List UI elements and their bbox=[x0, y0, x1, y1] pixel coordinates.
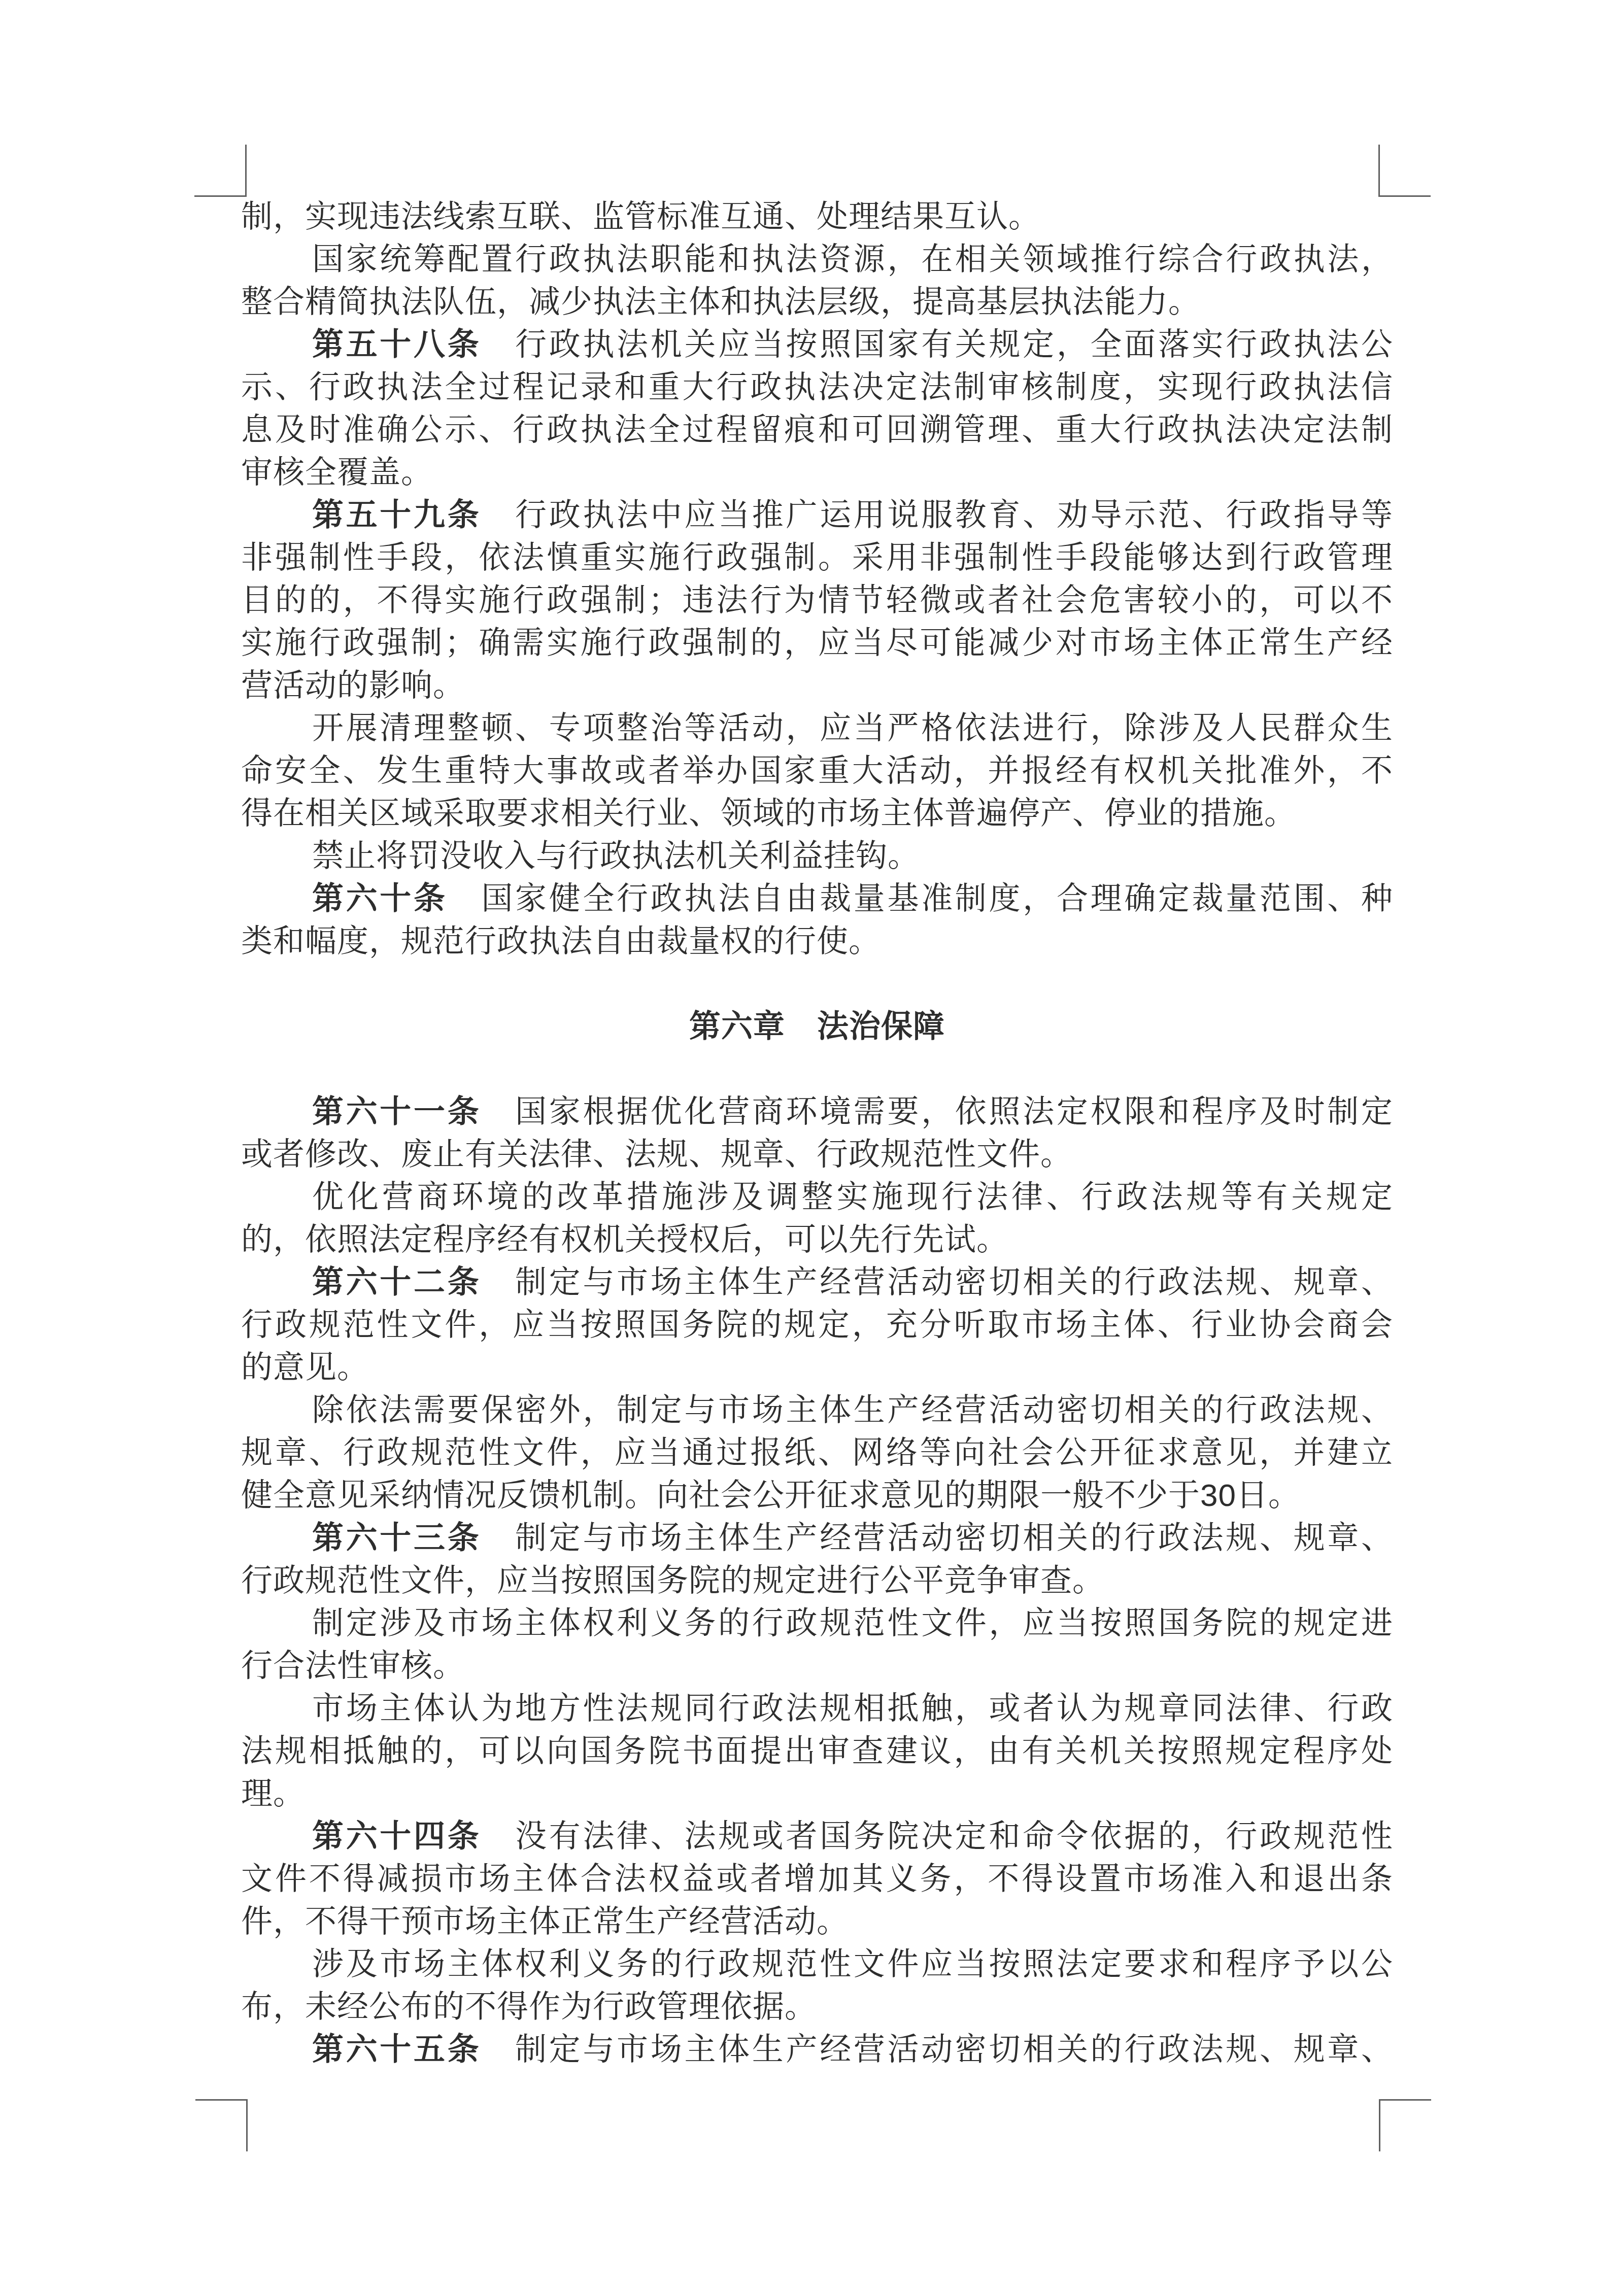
text-line: 行合法性审核。 bbox=[241, 1645, 1393, 1688]
text-line: 息及时准确公示、行政执法全过程留痕和可回溯管理、重大行政执法决定法制 bbox=[241, 409, 1393, 452]
text-line: 的，依照法定程序经有权机关授权后，可以先行先试。 bbox=[241, 1219, 1393, 1261]
crop-mark-top-right bbox=[1378, 145, 1431, 197]
text-column: 制，实现违法线索互联、监管标准互通、处理结果互认。国家统筹配置行政执法职能和执法… bbox=[241, 196, 1393, 2071]
text-line: 禁止将罚没收入与行政执法机关利益挂钩。 bbox=[241, 835, 1393, 878]
article-number: 第六十四条 bbox=[312, 1819, 481, 1854]
text-line: 法规相抵触的，可以向国务院书面提出审查建议，由有关机关按照规定程序处 bbox=[241, 1730, 1393, 1773]
article-number: 第六十一条 bbox=[312, 1094, 481, 1129]
text-line: 除依法需要保密外，制定与市场主体生产经营活动密切相关的行政法规、 bbox=[241, 1389, 1393, 1432]
text-line: 国家统筹配置行政执法职能和执法资源，在相关领域推行综合行政执法， bbox=[241, 238, 1393, 281]
text-line: 文件不得减损市场主体合法权益或者增加其义务，不得设置市场准入和退出条 bbox=[241, 1858, 1393, 1901]
text-line: 目的的，不得实施行政强制；违法行为情节轻微或者社会危害较小的，可以不 bbox=[241, 579, 1393, 622]
text-line: 整合精简执法队伍，减少执法主体和执法层级，提高基层执法能力。 bbox=[241, 281, 1393, 324]
crop-mark-bottom-left bbox=[195, 2099, 248, 2151]
article-number: 第五十九条 bbox=[312, 498, 481, 533]
crop-mark-bottom-right bbox=[1379, 2099, 1431, 2151]
article-number: 第六十三条 bbox=[312, 1521, 481, 1556]
text-line: 第六十三条 制定与市场主体生产经营活动密切相关的行政法规、规章、 bbox=[241, 1517, 1393, 1560]
text-line: 行政规范性文件，应当按照国务院的规定进行公平竞争审查。 bbox=[241, 1560, 1393, 1602]
text-line: 得在相关区域采取要求相关行业、领域的市场主体普遍停产、停业的措施。 bbox=[241, 793, 1393, 835]
text-line: 非强制性手段，依法慎重实施行政强制。采用非强制性手段能够达到行政管理 bbox=[241, 537, 1393, 579]
text-line: 第六十条 国家健全行政执法自由裁量基准制度，合理确定裁量范围、种 bbox=[241, 878, 1393, 920]
document-page: 制，实现违法线索互联、监管标准互通、处理结果互认。国家统筹配置行政执法职能和执法… bbox=[0, 0, 1624, 2296]
text-line: 件，不得干预市场主体正常生产经营活动。 bbox=[241, 1901, 1393, 1943]
text-line: 开展清理整顿、专项整治等活动，应当严格依法进行，除涉及人民群众生 bbox=[241, 707, 1393, 750]
text-line: 第五十九条 行政执法中应当推广运用说服教育、劝导示范、行政指导等 bbox=[241, 494, 1393, 537]
text-line: 布，未经公布的不得作为行政管理依据。 bbox=[241, 1986, 1393, 2029]
text-line: 第五十八条 行政执法机关应当按照国家有关规定，全面落实行政执法公 bbox=[241, 324, 1393, 366]
article-number: 第五十八条 bbox=[312, 327, 481, 362]
crop-mark-top-left bbox=[194, 145, 247, 197]
blank-line bbox=[241, 1048, 1393, 1091]
text-line: 市场主体认为地方性法规同行政法规相抵触，或者认为规章同法律、行政 bbox=[241, 1688, 1393, 1730]
text-line: 或者修改、废止有关法律、法规、规章、行政规范性文件。 bbox=[241, 1134, 1393, 1176]
text-line: 第六十四条 没有法律、法规或者国务院决定和命令依据的，行政规范性 bbox=[241, 1815, 1393, 1858]
text-line: 示、行政执法全过程记录和重大行政执法决定法制审核制度，实现行政执法信 bbox=[241, 366, 1393, 409]
article-number: 第六十五条 bbox=[312, 2032, 481, 2067]
text-line: 的意见。 bbox=[241, 1347, 1393, 1389]
text-line: 涉及市场主体权利义务的行政规范性文件应当按照法定要求和程序予以公 bbox=[241, 1943, 1393, 1986]
article-number: 第六十条 bbox=[312, 881, 448, 916]
text-line: 制定涉及市场主体权利义务的行政规范性文件，应当按照国务院的规定进 bbox=[241, 1602, 1393, 1645]
text-line: 第六十一条 国家根据优化营商环境需要，依照法定权限和程序及时制定 bbox=[241, 1091, 1393, 1134]
text-line: 理。 bbox=[241, 1773, 1393, 1815]
text-line: 类和幅度，规范行政执法自由裁量权的行使。 bbox=[241, 920, 1393, 963]
chapter-heading: 第六章 法治保障 bbox=[241, 1006, 1393, 1048]
text-line: 行政规范性文件，应当按照国务院的规定，充分听取市场主体、行业协会商会 bbox=[241, 1304, 1393, 1347]
text-line: 优化营商环境的改革措施涉及调整实施现行法律、行政法规等有关规定 bbox=[241, 1176, 1393, 1219]
text-line: 审核全覆盖。 bbox=[241, 452, 1393, 494]
text-line: 第六十二条 制定与市场主体生产经营活动密切相关的行政法规、规章、 bbox=[241, 1261, 1393, 1304]
text-line: 命安全、发生重特大事故或者举办国家重大活动，并报经有权机关批准外，不 bbox=[241, 750, 1393, 793]
article-number: 第六十二条 bbox=[312, 1265, 481, 1300]
text-line: 制，实现违法线索互联、监管标准互通、处理结果互认。 bbox=[241, 196, 1393, 238]
text-line: 第六十五条 制定与市场主体生产经营活动密切相关的行政法规、规章、 bbox=[241, 2029, 1393, 2071]
text-line: 实施行政强制；确需实施行政强制的，应当尽可能减少对市场主体正常生产经 bbox=[241, 622, 1393, 665]
blank-line bbox=[241, 963, 1393, 1006]
text-line: 规章、行政规范性文件，应当通过报纸、网络等向社会公开征求意见，并建立 bbox=[241, 1432, 1393, 1475]
text-line: 营活动的影响。 bbox=[241, 665, 1393, 707]
text-line: 健全意见采纳情况反馈机制。向社会公开征求意见的期限一般不少于30日。 bbox=[241, 1475, 1393, 1517]
